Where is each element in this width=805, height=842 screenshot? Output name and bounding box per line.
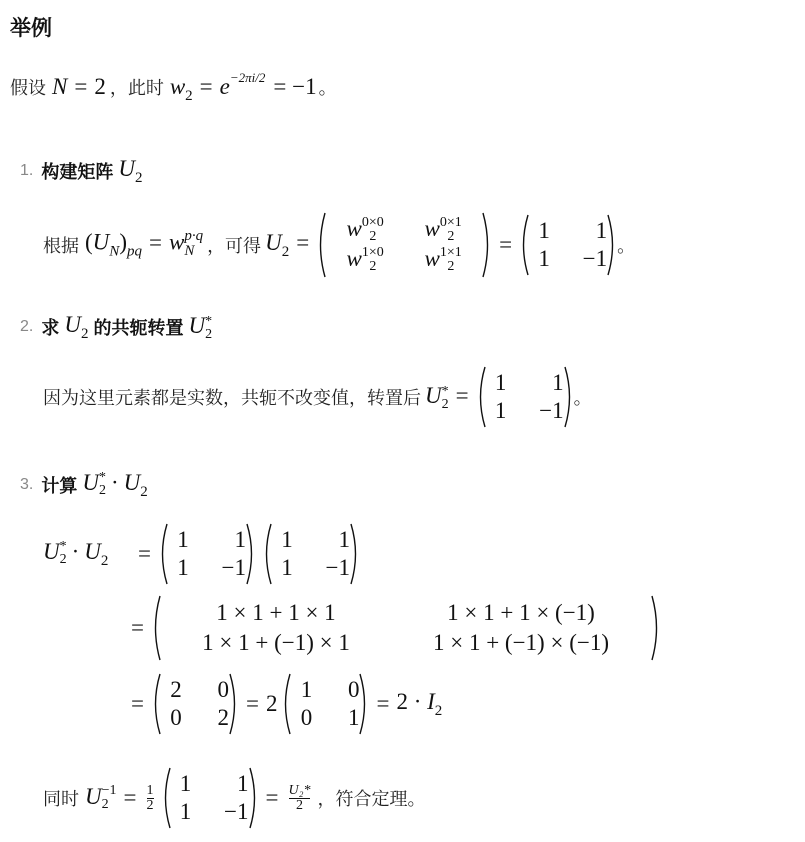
identity-matrix: 10 01 bbox=[281, 673, 369, 735]
step-3-conclusion: 同时 U−12 = 12 11 1−1 = U₂*2 ，符合定理。 bbox=[43, 764, 425, 832]
step-2-end: 。 bbox=[574, 384, 592, 410]
step-1-mid: ，可得 bbox=[207, 232, 261, 258]
step-1-formula: (UN)pq=wp·qN bbox=[85, 229, 203, 260]
step-1-pre: 根据 bbox=[43, 232, 79, 258]
step-2-title-text-b: 的共轭转置 bbox=[93, 314, 183, 340]
step-3-number: 3. bbox=[20, 476, 33, 494]
step-1-u2: U2= bbox=[265, 230, 316, 261]
derivation-line-1: U*2·U2 = 11 1−1 11 1−1 bbox=[43, 522, 360, 586]
matrix-numeric-u2: 11 1−1 bbox=[519, 214, 617, 276]
step-1-title-text: 构建矩阵 bbox=[41, 158, 113, 184]
derivation-matrix-a: 11 1−1 bbox=[158, 523, 256, 585]
derivation-final: 2 · I2 bbox=[396, 689, 442, 720]
step-1-end: 。 bbox=[617, 232, 635, 258]
step-2-title: 2. 求 U2 的共轭转置 U*2 bbox=[20, 312, 212, 342]
step-1-title: 1. 构建矩阵 U2 bbox=[20, 156, 142, 186]
derivation-coefficient: 2 bbox=[266, 691, 278, 717]
intro-paragraph: 假设 N=2 ， 此时 w2=e−2πi/2 = −1 。 bbox=[10, 70, 337, 104]
matrix-u2-star: 11 1−1 bbox=[476, 366, 574, 428]
derivation-line-2: = 1 × 1 + 1 × 11 × 1 + 1 × (−1) 1 × 1 + … bbox=[131, 594, 661, 662]
derivation-lhs: U*2·U2 bbox=[43, 539, 131, 570]
matrix-symbolic: w0×02 w0×12 w1×02 w1×12 bbox=[316, 212, 492, 278]
step-2-body: 因为这里元素都是实数，共轭不改变值，转置后 U*2= 11 1−1 。 bbox=[43, 364, 592, 430]
intro-eq-w: w2=e−2πi/2 bbox=[170, 70, 266, 105]
intro-comma: ， bbox=[110, 74, 128, 100]
intro-text-pre: 假设 bbox=[10, 74, 46, 100]
step-2-u2-star: U*2= bbox=[425, 383, 476, 411]
intro-result: = −1 bbox=[273, 74, 316, 100]
intro-text-mid: 此时 bbox=[128, 74, 164, 100]
conclusion-matrix: 11 1−1 bbox=[161, 767, 259, 829]
step-2-text: 因为这里元素都是实数，共轭不改变值，转置后 bbox=[43, 384, 421, 410]
half-fraction: 12 bbox=[147, 784, 154, 813]
conclusion-pre: 同时 bbox=[43, 785, 79, 811]
intro-end: 。 bbox=[319, 74, 337, 100]
step-3-title-math: U*2·U2 bbox=[82, 470, 147, 501]
derivation-line-3: = 20 02 = 2 10 01 = 2 · I2 bbox=[131, 672, 442, 736]
step-2-title-u2: U2 bbox=[64, 312, 88, 343]
derivation-result-matrix: 20 02 bbox=[151, 673, 239, 735]
step-1-number: 1. bbox=[20, 162, 33, 180]
step-2-title-text-a: 求 bbox=[41, 314, 59, 340]
step-2-number: 2. bbox=[20, 318, 33, 336]
step-3-title-text: 计算 bbox=[41, 472, 77, 498]
section-heading: 举例 bbox=[10, 12, 52, 42]
step-2-title-u2-star: U*2 bbox=[188, 313, 212, 341]
intro-eq-n: N=2 bbox=[52, 74, 106, 100]
step-1-body: 根据 (UN)pq=wp·qN ，可得 U2= w0×02 w0×12 w1×0… bbox=[43, 210, 635, 280]
derivation-expanded-matrix: 1 × 1 + 1 × 11 × 1 + 1 × (−1) 1 × 1 + (−… bbox=[151, 595, 661, 661]
conclusion-post: ，符合定理。 bbox=[317, 785, 425, 811]
u-star-over-2-fraction: U₂*2 bbox=[289, 784, 311, 813]
step-3-title: 3. 计算 U*2·U2 bbox=[20, 470, 148, 500]
conclusion-u-inverse: U−12 bbox=[85, 784, 117, 813]
derivation-matrix-b: 11 1−1 bbox=[262, 523, 360, 585]
step-1-title-math: U2 bbox=[118, 156, 142, 187]
